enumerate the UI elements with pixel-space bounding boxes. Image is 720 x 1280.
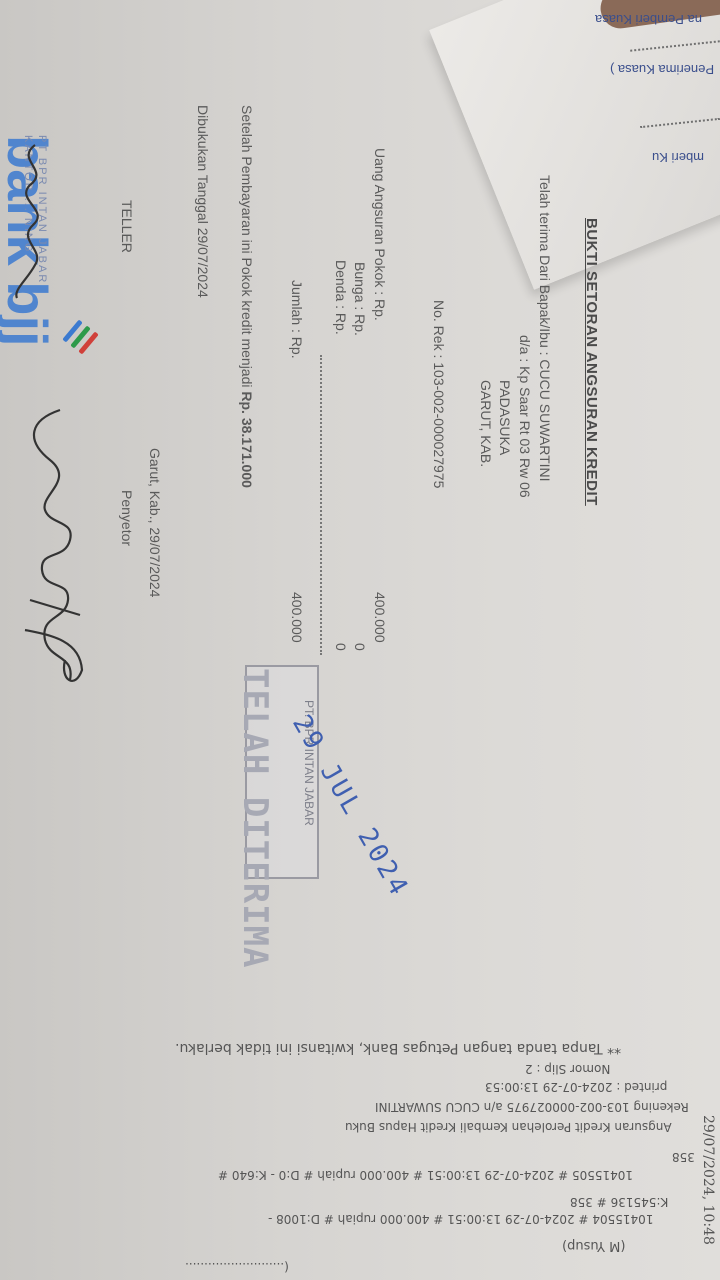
address-line-1: d/a : Kp Saar Rt 03 Rw 06 — [517, 335, 533, 498]
stamp-text: TELAH DITERIMA — [235, 668, 275, 969]
total-separator — [320, 355, 322, 655]
item-label-denda: Denda : Rp. — [333, 260, 349, 335]
account-line-print: Rekening 103-002-000027975 a/n CUCU SUWA… — [375, 1100, 689, 1114]
footer-note: ** Tanpa tanda tangan Petugas Bank, kwit… — [175, 1040, 621, 1056]
remaining-value: Rp. 38.171.000 — [239, 391, 255, 488]
address-line-2: PADASUKA — [497, 380, 513, 455]
tx1-line-1: 10415504 # 2024-07-29 13:00:51 # 400.000… — [268, 1212, 653, 1226]
slip-number: Nomor Slip : 2 — [525, 1062, 610, 1076]
photo-timestamp: 29/07/2024, 10:48 — [700, 1115, 716, 1245]
account-line: No. Rek : 103-002-000027975 — [431, 300, 447, 488]
teller-signature — [5, 140, 65, 300]
printed-at: printed : 2024-07-29 13:00:53 — [485, 1080, 667, 1094]
tx2-line-2: 358 — [672, 1150, 695, 1164]
under-sheet-text-3: mberi Ku — [652, 150, 704, 165]
under-sheet-text-1: na Pemberi Kuasa — [595, 12, 702, 27]
item-value-pokok: 400.000 — [372, 592, 388, 643]
account-number: 103-002-000027975 — [431, 362, 447, 488]
receipt-title: BUKTI SETORAN ANGSURAN KREDIT — [583, 218, 600, 506]
total-label: Jumlah : Rp. — [289, 280, 305, 359]
officer-name: (M Yusup) — [562, 1238, 625, 1253]
item-label-bunga: Bunga : Rp. — [352, 262, 368, 336]
item-label-pokok: Uang Angsuran Pokok : Rp. — [372, 148, 388, 321]
teller-label: TELLER — [119, 200, 135, 253]
address-label: d/a : — [517, 335, 533, 362]
place-date: Garut, Kab., 29/07/2024 — [147, 448, 163, 597]
tx2-line-1: 10415505 # 2024-07-29 13:00:51 # 400.000… — [218, 1168, 633, 1182]
account-label: No. Rek : — [431, 300, 447, 358]
remaining-line: Setelah Pembayaran ini Pokok kredit menj… — [239, 105, 255, 488]
customer-name: CUCU SUWARTINI — [537, 359, 553, 481]
remaining-text: Setelah Pembayaran ini Pokok kredit menj… — [239, 105, 255, 388]
under-sheet-text-2: Penerima Kuasa ) — [610, 62, 714, 77]
address-line-3: GARUT, KAB. — [478, 380, 494, 467]
depositor-signature — [20, 400, 90, 700]
depositor-label: Penyetor — [119, 490, 135, 546]
signature-dots: (.......................... — [185, 1260, 289, 1274]
tx1-line-2: K:545136 # 358 — [570, 1195, 668, 1209]
item-value-bunga: 0 — [352, 643, 368, 651]
received-from-label: Telah terima Dari Bapak/Ibu : — [537, 175, 553, 356]
address-street: Kp Saar Rt 03 Rw 06 — [517, 366, 533, 498]
description-print: Angsuran Kredit Perolehan Kembali Kredit… — [345, 1120, 672, 1134]
received-from-line: Telah terima Dari Bapak/Ibu : CUCU SUWAR… — [537, 175, 553, 482]
total-value: 400.000 — [289, 592, 305, 643]
item-value-denda: 0 — [333, 643, 349, 651]
booked-date: Dibukukan Tanggal 29/07/2024 — [195, 105, 211, 298]
